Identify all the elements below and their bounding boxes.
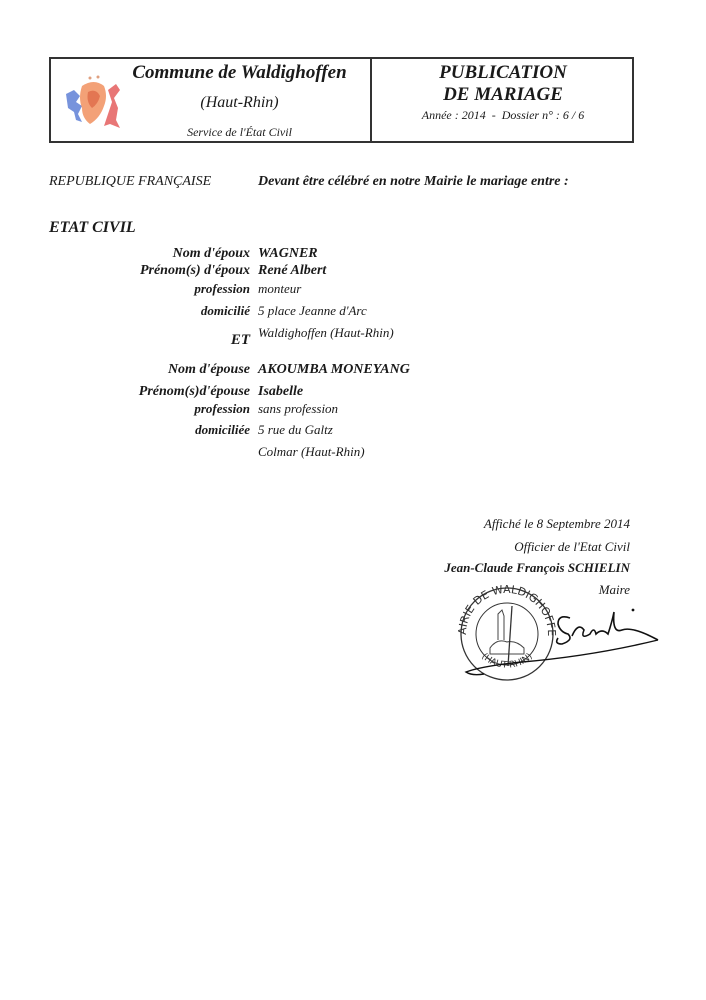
bride-address-line1: 5 rue du Galtz <box>258 422 333 438</box>
bride-name: AKOUMBA MONEYANG <box>258 362 410 378</box>
groom-name: WAGNER <box>258 246 318 262</box>
officer-role: Officier de l'Etat Civil <box>514 539 630 555</box>
department: (Haut-Rhin) <box>49 94 370 112</box>
doc-title-line2: DE MARIAGE <box>372 84 634 106</box>
marriage-statement: Devant être célébré en notre Mairie le m… <box>258 174 569 190</box>
groom-domicile-label: domicilié <box>201 303 250 319</box>
section-title: ETAT CIVIL <box>49 219 136 237</box>
service-name: Service de l'État Civil <box>49 125 370 140</box>
officer-title: Maire <box>599 582 630 598</box>
groom-address-line2: Waldighoffen (Haut-Rhin) <box>258 325 394 341</box>
groom-profession-label: profession <box>194 281 250 297</box>
posted-date: Affiché le 8 Septembre 2014 <box>484 516 630 532</box>
bride-firstname: Isabelle <box>258 384 303 400</box>
bride-firstname-label: Prénom(s)d'épouse <box>139 384 250 400</box>
conjunction-et: ET <box>231 332 250 349</box>
groom-name-label: Nom d'époux <box>173 246 250 262</box>
bride-address-line2: Colmar (Haut-Rhin) <box>258 444 365 460</box>
groom-profession: monteur <box>258 281 301 297</box>
handwritten-signature-icon <box>462 600 662 680</box>
commune-name: Commune de Waldighoffen <box>49 62 370 84</box>
groom-firstname: René Albert <box>258 263 326 279</box>
dossier-number: Année : 2014 - Dossier n° : 6 / 6 <box>372 108 634 123</box>
groom-address-line1: 5 place Jeanne d'Arc <box>258 303 367 319</box>
bride-name-label: Nom d'épouse <box>168 362 250 378</box>
republic-label: REPUBLIQUE FRANÇAISE <box>49 174 211 190</box>
groom-firstname-label: Prénom(s) d'époux <box>140 263 250 279</box>
officer-name: Jean-Claude François SCHIELIN <box>444 560 630 576</box>
bride-profession-label: profession <box>194 401 250 417</box>
bride-domicile-label: domiciliée <box>195 422 250 438</box>
bride-profession: sans profession <box>258 401 338 417</box>
doc-title-line1: PUBLICATION <box>372 62 634 84</box>
